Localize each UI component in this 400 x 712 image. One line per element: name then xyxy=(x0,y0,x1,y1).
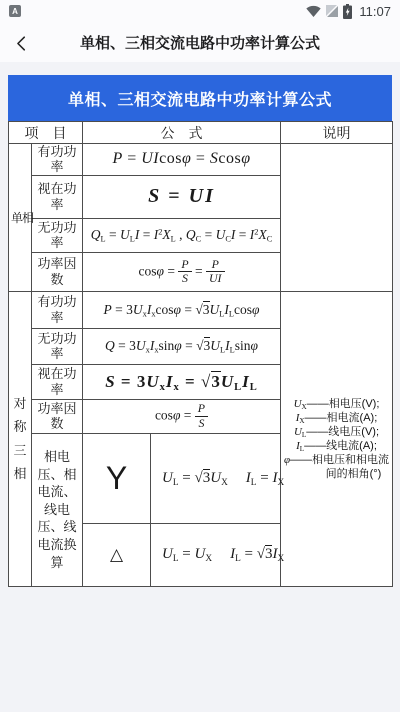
formula-reactive-power-three: Q = 3UxIxsinφ = √3ULILsinφ xyxy=(83,328,281,364)
col-header-formula: 公 式 xyxy=(83,122,281,144)
table-row: 对称三相 有功功率 P = 3UxIxcosφ = √3ULILcosφ UX—… xyxy=(9,291,393,328)
content-area: 单相、三相交流电路中功率计算公式 项 目 公 式 说明 单相 有功功率 P = … xyxy=(0,62,400,587)
col-header-note: 说明 xyxy=(281,122,393,144)
row-label: 有功功率 xyxy=(32,291,83,328)
formula-power-factor-single: cosφ = PS = PUI xyxy=(83,252,281,291)
row-label: 功率因数 xyxy=(32,399,83,433)
note-line: φ——相电压和相电流间的相角(°) xyxy=(283,453,390,481)
back-chevron-icon xyxy=(12,34,31,53)
group-label-single-phase: 单相 xyxy=(9,144,32,292)
formula-active-power-single: P = UIcosφ = Scosφ xyxy=(83,144,281,176)
nav-bar: 单相、三相交流电路中功率计算公式 xyxy=(0,22,400,62)
formula-wye-conversion: UL = √3UXIL = IX xyxy=(151,433,281,523)
formula-reactive-power-single: QL = ULI = I2XL , QC = UCI = I2XC xyxy=(83,218,281,252)
battery-charging-icon xyxy=(343,4,352,19)
table-row: 单相 有功功率 P = UIcosφ = Scosφ xyxy=(9,144,393,176)
delta-symbol: △ xyxy=(83,523,151,586)
note-line: IL——线电流(A); xyxy=(283,439,390,453)
group-label-three-phase-text: 对称三相 xyxy=(13,392,28,486)
formula-apparent-power-three: S = 3UxIx = √3ULIL xyxy=(83,364,281,399)
note-line: UL——线电压(V); xyxy=(283,425,390,439)
note-line: IX——相电流(A); xyxy=(283,411,390,425)
note-cell-empty xyxy=(281,144,393,292)
status-bar: A 11:07 xyxy=(0,0,400,22)
table-title-banner: 单相、三相交流电路中功率计算公式 xyxy=(8,75,392,121)
no-signal-icon xyxy=(326,5,338,17)
col-header-item: 项 目 xyxy=(9,122,83,144)
note-cell-legend: UX——相电压(V); IX——相电流(A); UL——线电压(V); IL——… xyxy=(281,291,393,586)
notification-app-icon: A xyxy=(9,5,21,17)
wifi-icon xyxy=(306,5,321,17)
formula-delta-conversion: UL = UXIL = √3IX xyxy=(151,523,281,586)
page-title: 单相、三相交流电路中功率计算公式 xyxy=(80,32,320,53)
formula-active-power-three: P = 3UxIxcosφ = √3ULILcosφ xyxy=(83,291,281,328)
formula-power-factor-three: cosφ = PS xyxy=(83,399,281,433)
row-label: 有功功率 xyxy=(32,144,83,176)
status-bar-left: A xyxy=(9,5,21,17)
table-header-row: 项 目 公 式 说明 xyxy=(9,122,393,144)
status-bar-right: 11:07 xyxy=(306,4,391,19)
row-label: 功率因数 xyxy=(32,252,83,291)
note-line: UX——相电压(V); xyxy=(283,397,390,411)
wye-symbol: Y xyxy=(83,433,151,523)
row-label: 无功功率 xyxy=(32,218,83,252)
row-label: 无功功率 xyxy=(32,328,83,364)
formula-table: 项 目 公 式 说明 单相 有功功率 P = UIcosφ = Scosφ 视在… xyxy=(8,121,393,587)
formula-apparent-power-single: S = UI xyxy=(83,175,281,218)
row-label: 视在功率 xyxy=(32,364,83,399)
screen: A 11:07 xyxy=(0,0,400,712)
status-time: 11:07 xyxy=(359,4,391,19)
back-button[interactable] xyxy=(10,32,32,54)
row-label-conversion: 相电压、相电流、线电压、线电流换算 xyxy=(32,433,83,586)
group-label-three-phase: 对称三相 xyxy=(9,291,32,586)
row-label: 视在功率 xyxy=(32,175,83,218)
